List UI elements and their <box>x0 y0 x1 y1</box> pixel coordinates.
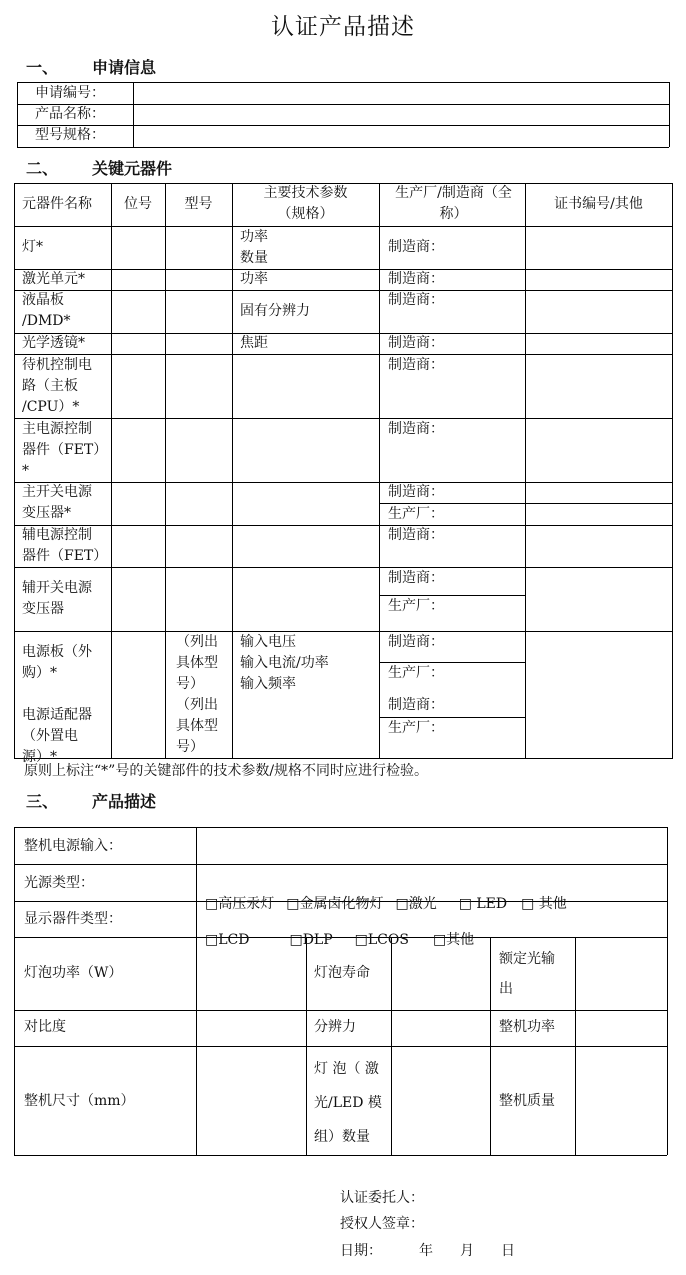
manufacturer-label: 制造商： <box>388 482 444 503</box>
component-name: 灯* <box>22 237 43 258</box>
component-params: 输入电压 输入电流/功率 输入频率 <box>240 632 329 695</box>
section-1-title: 申请信息 <box>92 58 156 77</box>
application-number-label: 申请编号： <box>35 83 105 104</box>
manufacturer-label: 制造商： <box>388 333 444 354</box>
header-component-name: 元器件名称 <box>22 194 92 215</box>
manufacturer-label: 制造商： <box>388 419 444 440</box>
manufacturer-label: 制造商： <box>388 632 444 653</box>
component-name: 光学透镜* <box>22 333 85 354</box>
manufacturer-label: 制造商： <box>388 695 444 716</box>
manufacturer-label: 制造商： <box>388 237 444 258</box>
component-name: 电源板（外 购）* 电源适配器 （外置电 源）* <box>22 642 92 768</box>
total-power-label: 整机功率 <box>499 1017 555 1038</box>
section-3-heading: 三、产品描述 <box>26 789 156 812</box>
power-input-field[interactable] <box>200 830 662 861</box>
model-spec-field[interactable] <box>140 125 665 145</box>
section-2-title: 关键元器件 <box>92 159 172 178</box>
component-name: 主电源控制 器件（FET） * <box>22 419 107 482</box>
section-2-number: 二、 <box>26 156 92 179</box>
header-model: 型号 <box>165 194 232 215</box>
lamp-life-field[interactable] <box>395 940 487 1006</box>
factory-label: 生产厂： <box>388 596 444 617</box>
component-name: 辅开关电源 变压器 <box>22 578 92 620</box>
component-params: 固有分辨力 <box>240 301 310 322</box>
manufacturer-label: 制造商： <box>388 290 444 311</box>
light-source-label: 光源类型： <box>24 873 94 894</box>
manufacturer-label: 制造商： <box>388 355 444 376</box>
dimensions-label: 整机尺寸（mm） <box>24 1091 135 1112</box>
manufacturer-label: 制造商： <box>388 568 444 589</box>
section-3-title: 产品描述 <box>92 792 156 811</box>
display-type-label: 显示器件类型： <box>24 909 122 930</box>
component-model: （列出 具体型 号） （列出 具体型 号） <box>176 632 218 758</box>
resolution-field[interactable] <box>395 1013 487 1043</box>
model-spec-label: 型号规格： <box>35 125 105 146</box>
authorized-signature-label: 授权人签章： <box>340 1214 424 1235</box>
applicant-label: 认证委托人： <box>340 1188 424 1209</box>
date-year: 年 <box>419 1241 433 1262</box>
date-label: 日期： <box>340 1241 382 1262</box>
component-params: 焦距 <box>240 333 268 354</box>
manufacturer-label: 制造商： <box>388 269 444 290</box>
rated-light-output-field[interactable] <box>579 940 663 1006</box>
application-number-field[interactable] <box>140 83 665 103</box>
factory-label: 生产厂： <box>388 718 444 739</box>
header-certificate: 证书编号/其他 <box>525 194 672 215</box>
header-manufacturer: 生产厂/制造商（全 称） <box>382 183 525 225</box>
lamp-life-label: 灯泡寿命 <box>314 963 370 984</box>
component-name: 待机控制电 路（主板 /CPU）* <box>22 355 92 418</box>
factory-label: 生产厂： <box>388 663 444 684</box>
dimensions-field[interactable] <box>200 1049 302 1151</box>
section-1-heading: 一、申请信息 <box>26 55 156 78</box>
factory-label: 生产厂： <box>388 504 444 525</box>
contrast-label: 对比度 <box>24 1017 66 1038</box>
date-month: 月 <box>460 1241 474 1262</box>
component-params: 功率 <box>240 269 268 290</box>
product-name-field[interactable] <box>140 104 665 124</box>
power-input-label: 整机电源输入： <box>24 836 122 857</box>
date-day: 日 <box>501 1241 515 1262</box>
section-3-number: 三、 <box>26 789 92 812</box>
weight-field[interactable] <box>579 1049 663 1151</box>
contrast-field[interactable] <box>200 1013 302 1043</box>
component-name: 液晶板 /DMD* <box>22 290 71 332</box>
section-1-number: 一、 <box>26 55 92 78</box>
lamp-module-count-field[interactable] <box>395 1049 487 1151</box>
resolution-label: 分辨力 <box>314 1017 356 1038</box>
section-2-heading: 二、关键元器件 <box>26 156 172 179</box>
rated-light-output-label: 额定光输 出 <box>499 944 555 1004</box>
lamp-module-count-label: 灯 泡（ 激 光/LED 模 组）数量 <box>314 1052 388 1154</box>
key-component-note: 原则上标注“*”号的关键部件的技术参数/规格不同时应进行检验。 <box>24 760 428 780</box>
weight-label: 整机质量 <box>499 1091 555 1112</box>
component-name: 主开关电源 变压器* <box>22 482 92 524</box>
total-power-field[interactable] <box>579 1013 663 1043</box>
lamp-power-label: 灯泡功率（W） <box>24 963 122 984</box>
document-title: 认证产品描述 <box>0 8 686 41</box>
component-name: 激光单元* <box>22 269 85 290</box>
component-name: 辅电源控制 器件（FET） <box>22 525 107 567</box>
component-params: 功率 数量 <box>240 227 268 269</box>
manufacturer-label: 制造商： <box>388 525 444 546</box>
product-name-label: 产品名称： <box>35 104 105 125</box>
header-tech-params: 主要技术参数 （规格） <box>232 183 379 225</box>
header-position: 位号 <box>111 194 165 215</box>
lamp-power-field[interactable] <box>200 940 302 1006</box>
option-other-light[interactable]: □ 其他 <box>521 894 567 915</box>
